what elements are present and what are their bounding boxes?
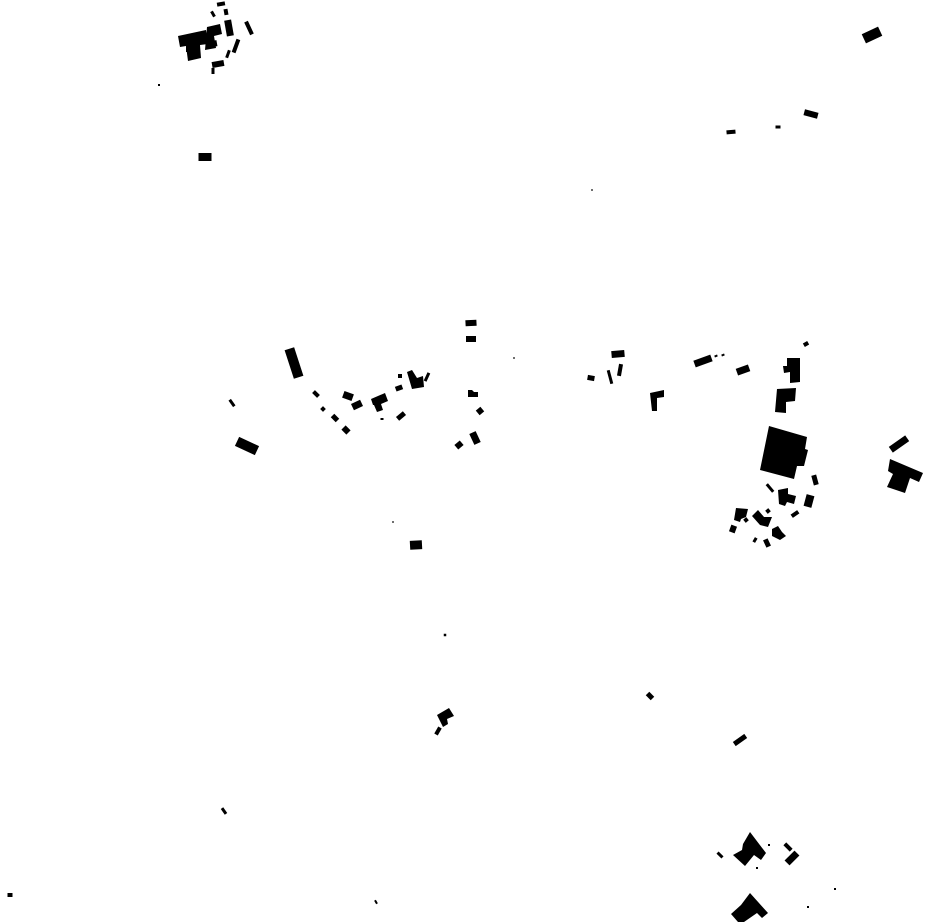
building-footprint — [285, 347, 304, 379]
building-footprint — [244, 21, 254, 35]
building-footprint — [591, 189, 593, 191]
building-footprint — [466, 336, 476, 342]
building-footprint — [765, 508, 771, 514]
building-footprint — [398, 374, 402, 378]
building-footprint — [320, 406, 326, 412]
building-footprint — [587, 375, 595, 381]
building-footprint — [212, 68, 215, 74]
building-footprint — [803, 109, 818, 118]
building-footprint — [396, 411, 406, 421]
building-footprint — [775, 388, 796, 413]
building-footprint — [763, 538, 771, 547]
building-footprint — [444, 634, 447, 637]
building-footprint — [617, 364, 623, 377]
building-footprint — [733, 734, 747, 746]
building-footprint — [721, 354, 725, 357]
building-footprint — [804, 494, 815, 508]
building-footprint — [776, 126, 781, 129]
building-footprint — [807, 906, 809, 908]
building-footprint — [224, 20, 234, 37]
building-footprint — [392, 521, 394, 523]
building-footprint — [611, 350, 625, 358]
building-footprint — [341, 425, 350, 434]
building-footprint — [803, 341, 809, 347]
building-footprint — [465, 320, 476, 327]
building-footprint — [407, 370, 424, 389]
building-footprint — [783, 842, 792, 851]
building-footprint — [186, 42, 194, 52]
building-footprint — [768, 844, 770, 846]
building-footprint — [693, 355, 712, 368]
building-footprint — [733, 832, 766, 866]
building-footprint — [714, 355, 718, 358]
building-footprint — [760, 426, 808, 479]
building-footprint — [469, 431, 480, 445]
building-footprint — [513, 357, 515, 359]
building-footprint — [887, 459, 923, 493]
building-footprint — [889, 435, 909, 452]
building-footprint — [217, 1, 226, 6]
building-footprint — [834, 888, 836, 890]
building-footprint — [224, 9, 229, 16]
building-footprint-map — [0, 0, 930, 924]
building-footprint — [221, 807, 227, 814]
building-footprint — [772, 526, 786, 540]
building-footprint — [158, 84, 160, 86]
building-footprint — [646, 692, 654, 700]
building-footprint — [650, 390, 664, 411]
building-footprint — [726, 130, 735, 135]
building-footprint — [371, 393, 388, 412]
building-footprint — [766, 483, 775, 493]
building-footprint — [743, 517, 749, 523]
building-footprint — [434, 727, 441, 736]
building-footprint — [210, 11, 216, 18]
building-footprint — [8, 893, 13, 897]
building-footprint — [783, 358, 800, 383]
building-footprint — [199, 153, 212, 161]
building-footprint — [212, 60, 225, 68]
building-footprint — [331, 414, 339, 422]
building-footprint — [424, 372, 431, 381]
footprint-layer — [0, 0, 930, 924]
building-footprint — [607, 370, 614, 384]
building-footprint — [374, 900, 378, 904]
building-footprint — [225, 50, 231, 59]
building-footprint — [235, 437, 259, 455]
building-footprint — [791, 510, 800, 518]
building-footprint — [410, 540, 422, 550]
building-footprint — [342, 391, 354, 401]
building-footprint — [756, 867, 758, 869]
building-footprint — [785, 851, 800, 866]
building-footprint — [437, 708, 454, 727]
building-footprint — [811, 475, 818, 486]
building-footprint — [232, 39, 241, 54]
building-footprint — [752, 537, 757, 543]
building-footprint — [454, 440, 463, 449]
building-footprint — [351, 400, 363, 411]
building-footprint — [381, 418, 384, 420]
building-footprint — [228, 399, 235, 407]
building-footprint — [736, 364, 751, 375]
building-footprint — [778, 488, 796, 506]
building-footprint — [862, 27, 883, 44]
building-footprint — [731, 893, 768, 922]
building-footprint — [729, 525, 737, 534]
building-footprint — [395, 384, 403, 391]
building-footprint — [312, 390, 320, 398]
building-footprint — [716, 851, 723, 858]
building-footprint — [476, 407, 484, 415]
building-footprint — [468, 390, 478, 397]
